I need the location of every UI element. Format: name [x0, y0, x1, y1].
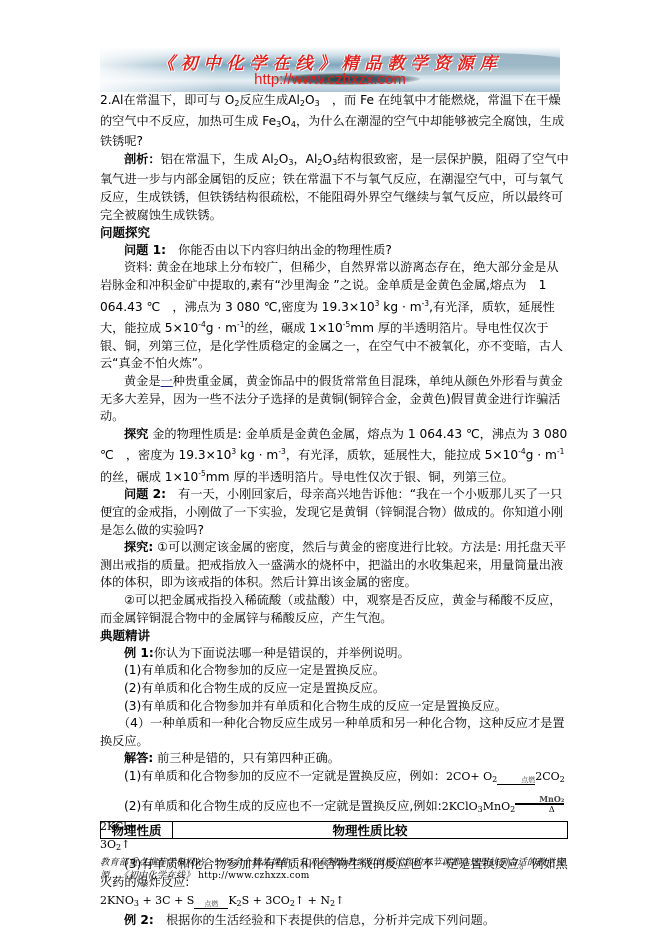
reaction-condition: 点燃 [194, 900, 228, 909]
reaction-condition: 点燃 [497, 776, 535, 785]
text-run: (1)有单质和化合物参加的反应不一定就是置换反应，例如： [124, 769, 446, 783]
explore-paragraph-2: 探究: ①可以测定该金属的密度，然后与黄金的密度进行比较。方法是: 用托盘天平测… [100, 539, 570, 592]
text-run: kg · m [379, 300, 421, 314]
text-run: 铝在常温下，生成 Al [161, 152, 274, 166]
text-run: mm 厚的半透明箔片。导电性仅次于银、铜，列第三位。 [206, 470, 514, 484]
superscript: -4 [518, 447, 525, 456]
condition-label: 点燃 [194, 900, 228, 909]
question-1-text: 你能否由以下内容归纳出金的物理性质? [166, 243, 392, 257]
superscript: -5 [198, 469, 205, 478]
subscript: 2 [560, 775, 565, 784]
document-page: 《初中化学在线》精品教学资源库 http://www.czhxzx.com 2.… [0, 0, 661, 935]
material-paragraph-2: 黄金是一种贵重金属，黄金饰品中的假货常常鱼目混珠，单纯从颜色外形看与黄金无多大差… [100, 373, 570, 426]
text-run: kg · m [236, 448, 278, 462]
text-run: ①可以测定该金属的密度，然后与黄金的密度进行比较。方法是: 用托盘天平测出戒指的… [100, 540, 566, 589]
text-run: g · m [206, 321, 237, 335]
example-2-text: 根据你的生活经验和下表提供的信息，分析并完成下列问题。 [154, 913, 495, 927]
superscript: -3 [422, 299, 429, 308]
section-heading-inquiry: 问题探究 [100, 224, 570, 242]
reaction-condition: MnO₂Δ [515, 795, 564, 814]
text-run: + 3C + S [139, 894, 194, 907]
answer-1: (1)有单质和化合物参加的反应不一定就是置换反应，例如：2CO+ O2点燃2CO… [100, 768, 570, 789]
text-run: S + 3CO [242, 894, 290, 907]
example-item-2: (2)有单质和化合物生成的反应一定是置换反应。 [100, 680, 570, 698]
page-footer: 教育部重点推荐学科网站。一万余个精品课件，几万套精品教案和试题让您的每节课都在这… [100, 856, 570, 883]
text-run: 2KNO [100, 894, 134, 907]
text-run: O [322, 152, 332, 166]
inquiry-question-1: 问题 1: 你能否由以下内容归纳出金的物理性质? [100, 242, 570, 260]
catalyst-label: MnO₂ [515, 795, 564, 805]
example-item-3: (3)有单质和化合物参加并有单质和化合物生成的反应一定是置换反应。 [100, 698, 570, 716]
gas-arrow-icon: ↑ [335, 894, 344, 907]
text-run: O [279, 152, 289, 166]
text-run: 2CO+ O [446, 770, 492, 783]
physical-properties-table: 物理性质 物理性质比较 [100, 821, 568, 839]
text-run: g · m [526, 448, 557, 462]
condition-label: 点燃 [497, 776, 535, 785]
banner-url[interactable]: http://www.czhxzx.com [100, 71, 560, 88]
question-1-label: 问题 1: [124, 243, 166, 257]
example-2-label: 例 2: [124, 913, 154, 927]
hyperlink[interactable]: 一 [161, 374, 173, 388]
text-run: ，有光泽，质软，延展性大，能拉成 5×10 [286, 448, 518, 462]
question-2-text: 2.Al在常温下，即可与 O2反应生成Al2O3 ，而 Fe 在纯氧中才能燃烧，… [100, 92, 570, 151]
text-run: 2.Al在常温下，即可与 O [100, 93, 234, 107]
example-1-text: 你认为下面说法哪一种是错误的，并举例说明。 [154, 646, 410, 660]
explore-label: 探究 [124, 427, 148, 441]
section-heading-examples: 典题精讲 [100, 627, 570, 645]
equation-3: 2KNO3 + 3C + S点燃K2S + 3CO2↑ + N2↑ [100, 892, 570, 913]
text-run: O [305, 93, 315, 107]
material-paragraph-1: 资料: 黄金在地球上分布较广，但稀少，自然界常以游离态存在，绝大部分金是从岩脉金… [100, 259, 570, 373]
heat-symbol: Δ [515, 805, 564, 814]
superscript: -4 [198, 320, 205, 329]
example-item-1: (1)有单质和化合物参加的反应一定是置换反应。 [100, 662, 570, 680]
example-1-label: 例 1: [124, 646, 154, 660]
text-run: MnO [483, 800, 510, 813]
equation-1: 2CO+ O2点燃2CO2 [446, 770, 565, 783]
explore-paragraph-3: ②可以把金属戒指投入稀硫酸（或盐酸）中，观察是否反应，黄金与稀酸不反应，而金属锌… [100, 592, 570, 627]
document-body: 2.Al在常温下，即可与 O2反应生成Al2O3 ，而 Fe 在纯氧中才能燃烧，… [100, 92, 570, 930]
superscript: -3 [278, 447, 285, 456]
site-banner: 《初中化学在线》精品教学资源库 http://www.czhxzx.com [100, 47, 560, 92]
text-run: 的丝，碾成 1×10 [245, 321, 343, 335]
table-header-cell: 物理性质 [101, 822, 173, 839]
example-1-prompt: 例 1:你认为下面说法哪一种是错误的，并举例说明。 [100, 645, 570, 663]
gas-arrow-icon: ↑ [121, 838, 130, 851]
table-header-cell: 物理性质比较 [173, 822, 568, 839]
answer-label: 解答: [124, 751, 153, 765]
text-run: 的丝，碾成 1×10 [100, 470, 198, 484]
text-run: 2KClO [442, 800, 478, 813]
text-run: K [228, 894, 236, 907]
footer-link[interactable]: http://www.czhxzx.com [198, 871, 309, 881]
question-2-label: 问题 2: [124, 487, 166, 501]
inquiry-question-2: 问题 2: 有一天，小刚回家后，母亲高兴地告诉他：“我在一个小贩那儿买了一只便宜… [100, 486, 570, 539]
analysis-paragraph: 剖析：铝在常温下，生成 Al2O3，Al2O3结构很致密，是一层保护膜，阻碍了空… [100, 151, 570, 224]
text-run: 黄金是 [124, 374, 161, 388]
question-2-body: 有一天，小刚回家后，母亲高兴地告诉他：“我在一个小贩那儿买了一只便宜的金戒指，小… [100, 487, 563, 536]
text-run: 2CO [535, 770, 559, 783]
explore-label: 探究: [124, 540, 153, 554]
answer-paragraph: 解答: 前三种是错的，只有第四种正确。 [100, 750, 570, 768]
answer-text: 前三种是错的，只有第四种正确。 [153, 751, 340, 765]
text-run: 3O [100, 838, 116, 851]
superscript: -1 [557, 447, 564, 456]
text-run: (2)有单质和化合物生成的反应也不一定就是置换反应,例如: [124, 799, 442, 813]
analysis-label: 剖析： [124, 152, 161, 166]
example-2-prompt: 例 2: 根据你的生活经验和下表提供的信息，分析并完成下列问题。 [100, 912, 570, 930]
text-run: ，Al [293, 152, 317, 166]
text-run: ↑ + N [295, 894, 330, 907]
example-item-4: （4）一种单质和一种化合物反应生成另一种单质和另一种化合物，这种反应才是置换反应… [100, 715, 570, 750]
table-header-row: 物理性质 物理性质比较 [101, 822, 568, 839]
text-run: 反应生成Al [239, 93, 299, 107]
superscript: -1 [237, 320, 244, 329]
text-run: O [281, 114, 291, 128]
explore-paragraph-1: 探究 金的物理性质是: 金单质是金黄色金属，熔点为 1 064.43 ℃，沸点为… [100, 426, 570, 487]
footer-text: 教育部重点推荐学科网站。一万余个精品课件，几万套精品教案和试题让您的每节课都在这… [100, 857, 565, 881]
